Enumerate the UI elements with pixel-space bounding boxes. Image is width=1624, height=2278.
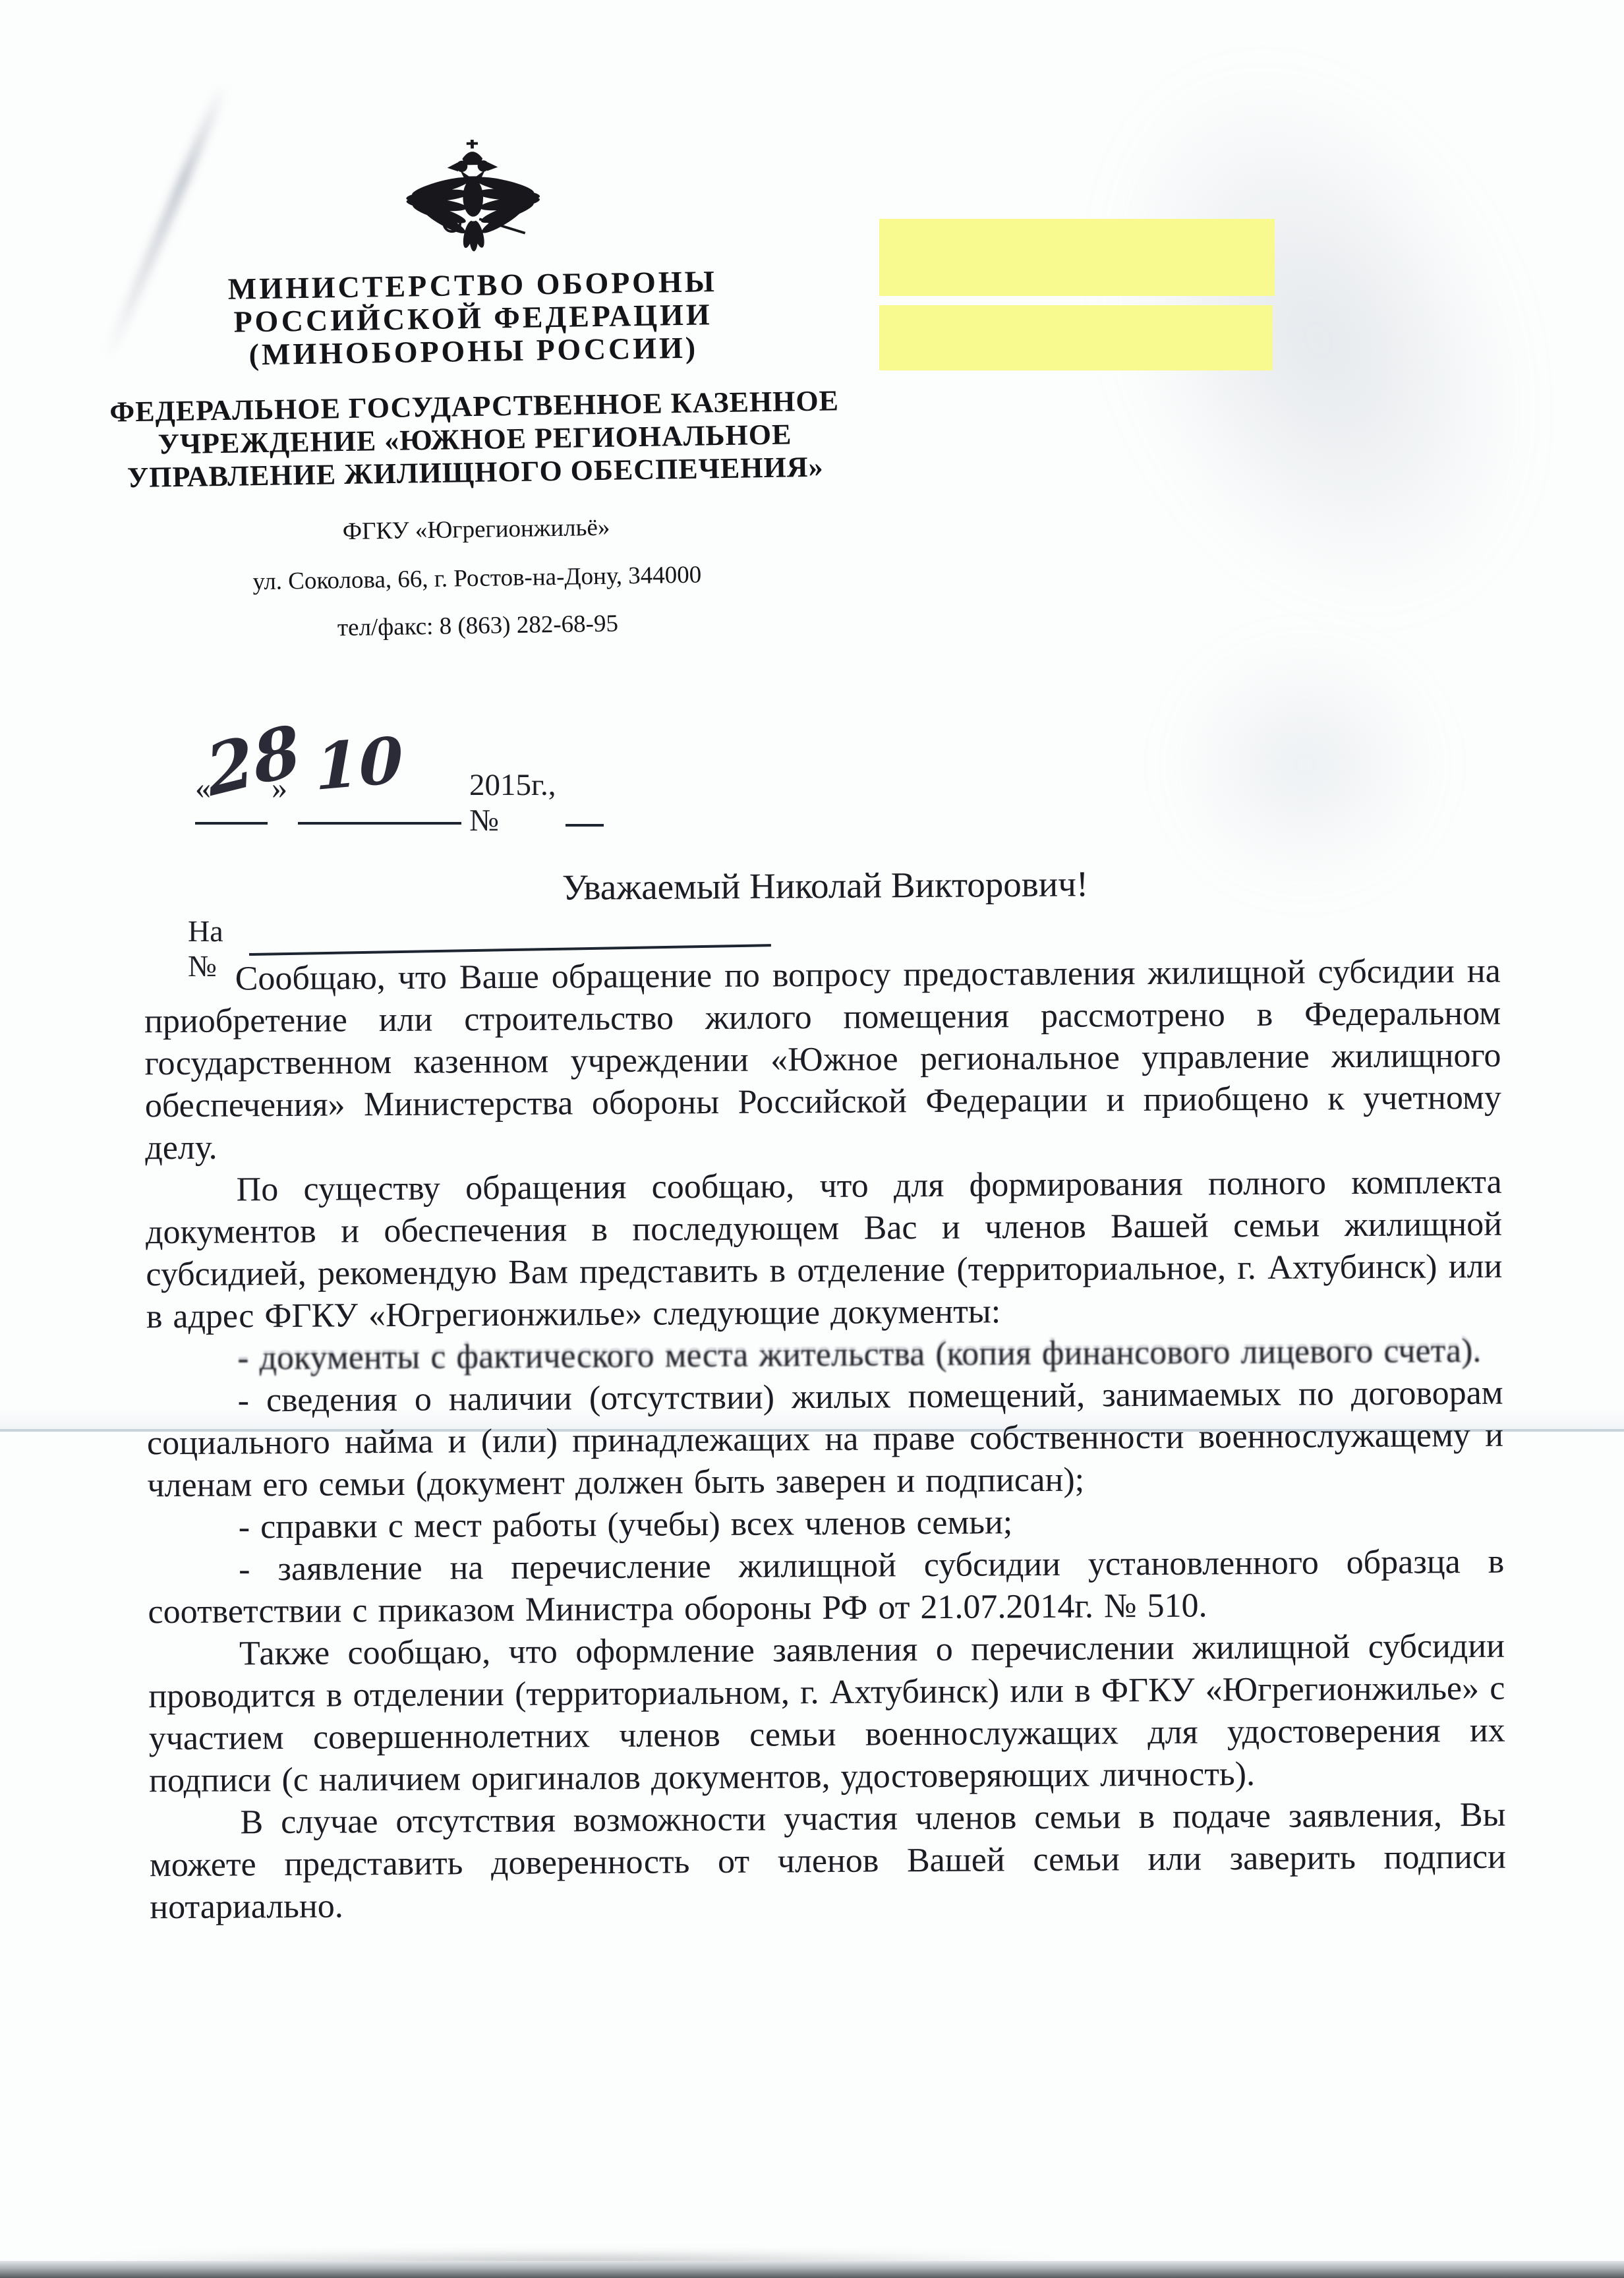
letterhead: МИНИСТЕРСТВО ОБОРОНЫ РОССИЙСКОЙ ФЕДЕРАЦИ… — [92, 0, 844, 6]
body-list-item-housing-info: - сведения о наличии (отсутствии) жилых … — [146, 1372, 1503, 1507]
date-day-underline — [195, 822, 268, 825]
double-headed-eagle-icon — [396, 138, 550, 274]
institution-phone: тел/факс: 8 (863) 282-68-95 — [102, 606, 854, 646]
body-paragraph: В случае отсутствия возможности участия … — [149, 1794, 1506, 1929]
institution-name: ФЕДЕРАЛЬНОЕ ГОСУДАРСТВЕННОЕ КАЗЕННОЕ УЧР… — [98, 384, 851, 495]
body-list-item-documents: - документы с фактического места жительс… — [146, 1330, 1503, 1381]
date-month-handwritten: 10 — [314, 722, 403, 805]
reference-underline — [249, 944, 771, 956]
ministry-name: МИНИСТЕРСТВО ОБОРОНЫ РОССИЙСКОЙ ФЕДЕРАЦИ… — [96, 263, 849, 374]
date-day-handwritten: 28 — [202, 709, 306, 812]
institution-short-name: ФГКУ «Югрегионжильё» — [100, 510, 852, 550]
outgoing-number-underline — [565, 824, 604, 827]
redaction-block-bottom — [879, 305, 1273, 370]
date-close-quote: » — [272, 770, 287, 806]
redaction-block-top — [879, 219, 1275, 296]
institution-address: ул. Соколова, 66, г. Ростов-на-Дону, 344… — [101, 558, 854, 599]
date-month-underline — [298, 822, 461, 825]
scan-bottom-edge — [0, 2261, 1624, 2278]
date-year-number-label: 2015г., № — [469, 767, 556, 838]
scanned-letter-page: МИНИСТЕРСТВО ОБОРОНЫ РОССИЙСКОЙ ФЕДЕРАЦИ… — [0, 0, 1624, 2278]
letter-body: Сообщаю, что Ваше обращение по вопросу п… — [144, 950, 1507, 1929]
body-list-item-application: - заявление на перечисление жилищной суб… — [148, 1541, 1505, 1634]
body-paragraph: Также сообщаю, что оформление заявления … — [148, 1625, 1506, 1803]
body-paragraph: Сообщаю, что Ваше обращение по вопросу п… — [144, 950, 1502, 1170]
body-paragraph: По существу обращения сообщаю, что для ф… — [145, 1161, 1503, 1339]
